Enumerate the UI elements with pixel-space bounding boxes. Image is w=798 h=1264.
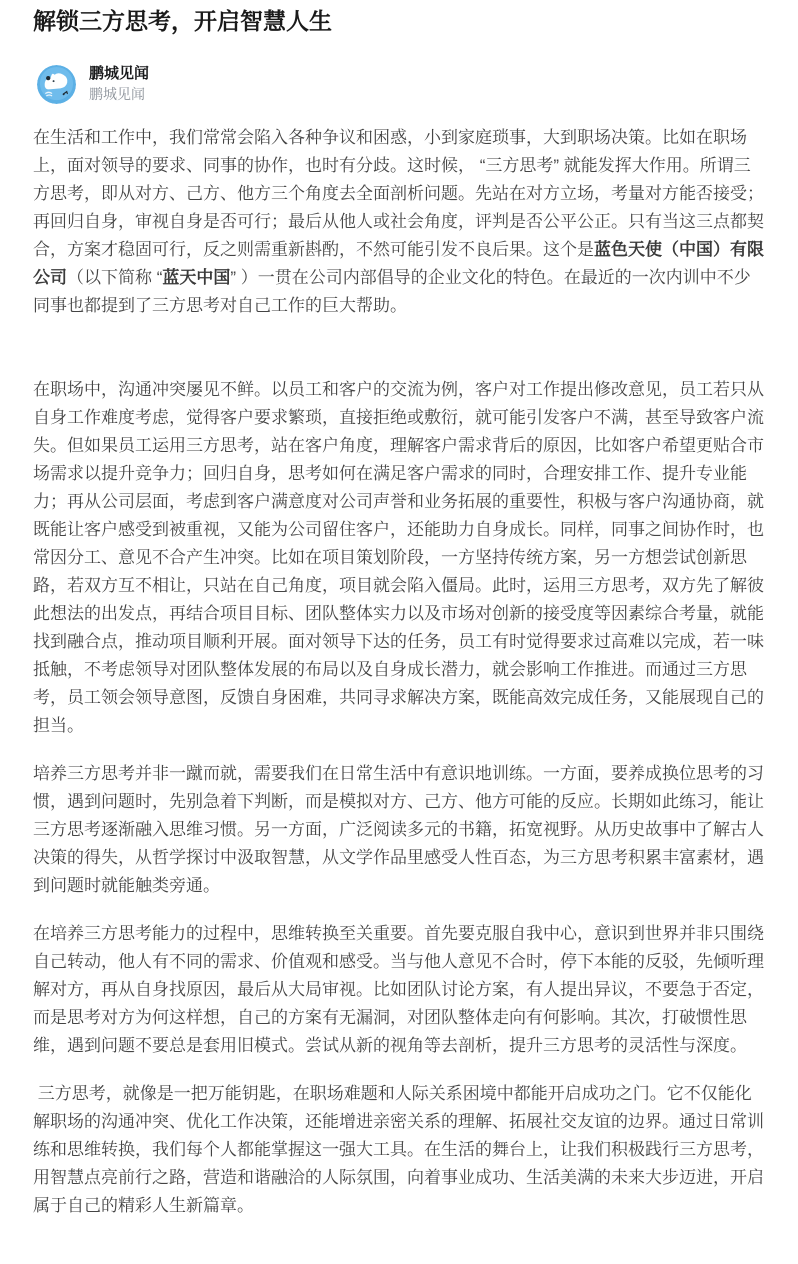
- article-title: 解锁三方思考，开启智慧人生: [33, 6, 765, 37]
- article-page: 解锁三方思考，开启智慧人生 鹏城见闻 鹏城见闻 在生活和工作中，我们常常会陷入各…: [0, 0, 798, 1264]
- author-avatar[interactable]: [37, 65, 76, 104]
- author-name[interactable]: 鹏城见闻: [89, 64, 149, 84]
- author-subtitle: 鹏城见闻: [89, 85, 149, 104]
- avatar-mascot-icon: [37, 65, 76, 104]
- paragraph-intro: 在生活和工作中，我们常常会陷入各种争议和困惑，小到家庭琐事，大到职场决策。比如在…: [33, 124, 765, 320]
- company-short-name-bold: 蓝天中国: [162, 268, 230, 287]
- paragraph-conclusion: 三方思考，就像是一把万能钥匙，在职场难题和人际关系困境中都能开启成功之门。它不仅…: [33, 1080, 765, 1220]
- paragraph-text: （以下简称 “: [67, 268, 162, 287]
- paragraph-training-habits: 培养三方思考并非一蹴而就，需要我们在日常生活中有意识地训练。一方面，要养成换位思…: [33, 760, 765, 900]
- author-block[interactable]: 鹏城见闻 鹏城见闻: [37, 64, 765, 104]
- author-meta: 鹏城见闻 鹏城见闻: [89, 64, 149, 104]
- paragraph-mindset-shift: 在培养三方思考能力的过程中，思维转换至关重要。首先要克服自我中心，意识到世界并非…: [33, 920, 765, 1060]
- paragraph-workplace-examples: 在职场中，沟通冲突屡见不鲜。以员工和客户的交流为例，客户对工作提出修改意见，员工…: [33, 376, 765, 740]
- paragraph-spacer: [33, 340, 765, 376]
- article-body: 在生活和工作中，我们常常会陷入各种争议和困惑，小到家庭琐事，大到职场决策。比如在…: [33, 124, 765, 1220]
